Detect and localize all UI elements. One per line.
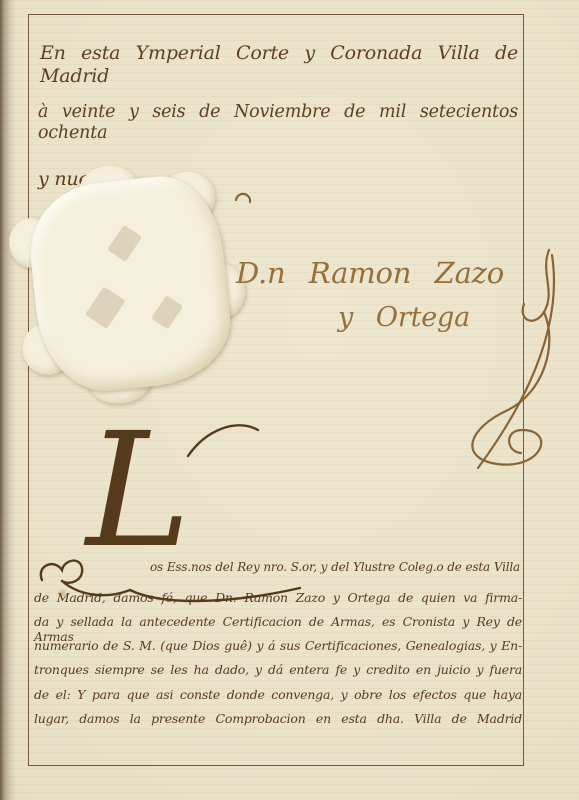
seal-body — [24, 171, 237, 398]
initial-L: L — [86, 412, 191, 570]
header-line-1: En esta Ymperial Corte y Coronada Villa … — [40, 42, 518, 88]
embossed-paper-seal — [15, 162, 245, 407]
signature-name-line1: D.n Ramon Zazo — [236, 256, 504, 291]
signature-rubric — [523, 250, 549, 321]
body-line-7: lugar, damos la presente Comprobacion en… — [34, 711, 522, 726]
body-line-5: tronques siempre se les ha dado, y dá en… — [34, 662, 522, 677]
body-line-1: os Ess.nos del Rey nro. S.or, y del Ylus… — [150, 560, 520, 574]
body-line-6: de el: Y para que asi conste donde conve… — [34, 687, 522, 702]
gutter-shadow — [0, 0, 16, 800]
header-line-2: à veinte y seis de Noviembre de mil sete… — [38, 102, 518, 144]
page: En esta Ymperial Corte y Coronada Villa … — [0, 0, 579, 800]
body-line-2: de Madrid, damos fé, que Dn. Ramon Zazo … — [34, 590, 522, 605]
signature-name-line2: y Ortega — [338, 302, 470, 334]
body-line-4: numerario de S. M. (que Dios guê) y á su… — [34, 638, 522, 653]
ink-stain — [56, 588, 69, 598]
